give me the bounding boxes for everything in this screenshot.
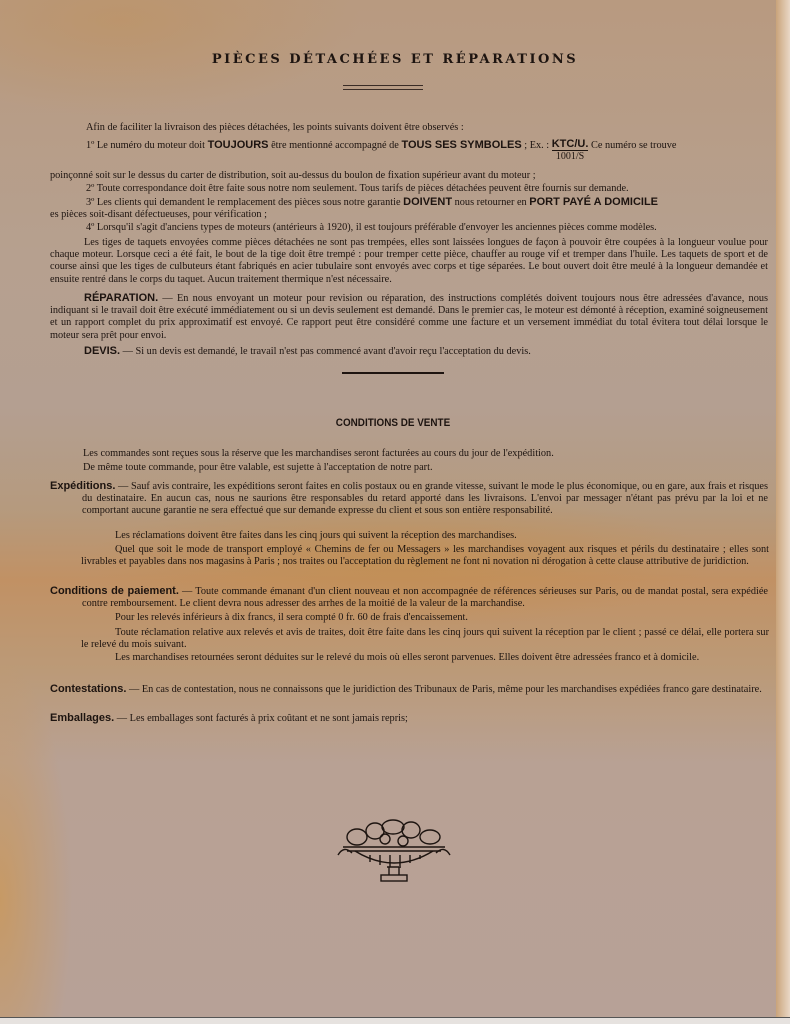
tappets-paragraph: Les tiges de taquets envoyées comme pièc… bbox=[50, 237, 768, 286]
parts-item-3-cont: es pièces soit-disant défectueuses, pour… bbox=[50, 209, 750, 221]
sales-intro-1: Les commandes sont reçues sous la réserv… bbox=[83, 448, 773, 460]
devis-paragraph: DEVIS. — Si un devis est demandé, le tra… bbox=[50, 345, 768, 358]
transport-paragraph: Quel que soit le mode de transport emplo… bbox=[81, 544, 769, 568]
title-divider bbox=[343, 85, 423, 90]
parts-item-2: 2º Toute correspondance doit être faite … bbox=[86, 183, 776, 195]
reclamations-paragraph: Les réclamations doivent être faites dan… bbox=[115, 530, 765, 542]
parts-intro: Afin de faciliter la livraison des pièce… bbox=[86, 122, 746, 134]
page-bottom-edge bbox=[0, 1017, 790, 1024]
releves-paragraph: Pour les relevés inférieurs à dix francs… bbox=[115, 612, 765, 624]
sales-conditions-title: CONDITIONS DE VENTE bbox=[39, 417, 746, 429]
parts-item-1-cont: poinçonné soit sur le dessus du carter d… bbox=[50, 170, 750, 182]
contestations-paragraph: Contestations. — En cas de contestation,… bbox=[50, 683, 768, 696]
section-divider bbox=[342, 372, 444, 374]
parts-item-4: 4º Lorsqu'il s'agit d'anciens types de m… bbox=[86, 222, 776, 234]
page-title: PIÈCES DÉTACHÉES ET RÉPARATIONS bbox=[0, 52, 790, 67]
page-edge bbox=[776, 0, 790, 1024]
reclamation-traites-paragraph: Toute réclamation relative aux relevés e… bbox=[81, 627, 769, 651]
reparation-paragraph: RÉPARATION. — En nous envoyant un moteur… bbox=[50, 292, 768, 342]
paiement-paragraph: Conditions de paiement. — Toute commande… bbox=[50, 585, 768, 610]
sales-intro-2: De même toute commande, pour être valabl… bbox=[83, 462, 773, 474]
fruit-basket-ornament-icon bbox=[335, 815, 453, 885]
expeditions-paragraph: Expéditions. — Sauf avis contraire, les … bbox=[50, 480, 768, 518]
engine-number-example: KTC/U.1001/S bbox=[552, 139, 589, 162]
emballages-paragraph: Emballages. — Les emballages sont factur… bbox=[50, 712, 736, 725]
parts-item-1: 1º Le numéro du moteur doit TOUJOURS êtr… bbox=[86, 139, 768, 162]
parts-item-3: 3º Les clients qui demandent le remplace… bbox=[86, 196, 776, 209]
retours-paragraph: Les marchandises retournées seront dédui… bbox=[81, 652, 769, 664]
